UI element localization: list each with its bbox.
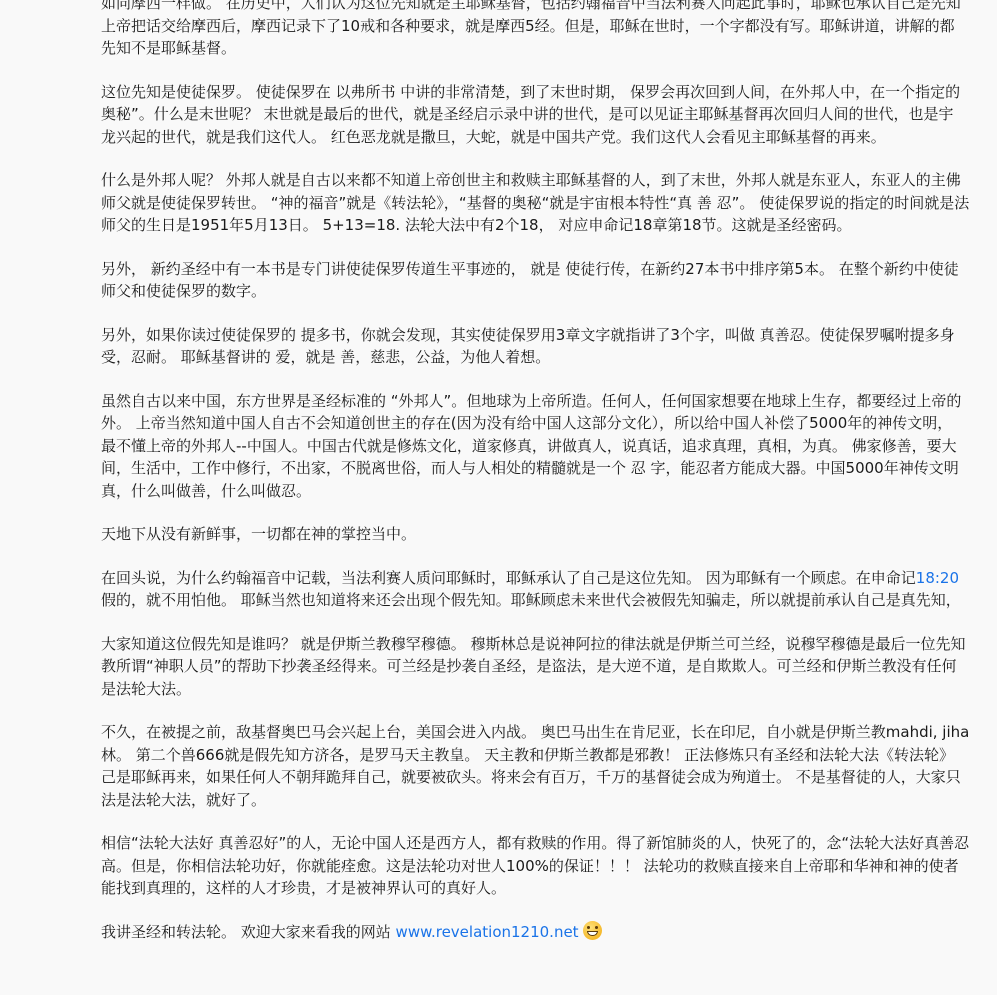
text-line: 另外，如果你读过使徒保罗的 提多书，你就会发现，其实使徒保罗用3章文字就指讲了3… bbox=[101, 324, 997, 347]
scripture-link[interactable]: 18:20 bbox=[916, 569, 959, 587]
paragraph-closing: 我讲圣经和转法轮。 欢迎大家来看我的网站 www.revelation1210.… bbox=[101, 921, 997, 944]
text-line: 真，什么叫做善，什么叫做忍。 bbox=[101, 480, 997, 503]
text-line: 假的，就不用怕他。 耶稣当然也知道将来还会出现个假先知。耶稣顾虑未来世代会被假先… bbox=[101, 589, 997, 612]
paragraph-nothing-new: 天地下从没有新鲜事，一切都在神的掌控当中。 bbox=[101, 523, 997, 546]
text-line: 是法轮大法。 bbox=[101, 678, 997, 701]
text-line: 上帝把话交给摩西后，摩西记录下了10戒和各种要求，就是摩西5经。但是，耶稣在世时… bbox=[101, 15, 997, 38]
paragraph-gentiles: 什么是外邦人呢？ 外邦人就是自古以来都不知道上帝创世主和救赎主耶稣基督的人，到了… bbox=[101, 169, 997, 237]
text-line: 能找到真理的，这样的人才珍贵，才是被神界认可的真好人。 bbox=[101, 877, 997, 900]
text-line: 什么是外邦人呢？ 外邦人就是自古以来都不知道上帝创世主和救赎主耶稣基督的人，到了… bbox=[101, 169, 997, 192]
paragraph-acts: 另外， 新约圣经中有一本书是专门讲使徒保罗传道生平事迹的， 就是 使徒行传，在新… bbox=[101, 258, 997, 303]
text-line: 龙兴起的世代，就是我们这代人。 红色恶龙就是撒旦，大蛇，就是中国共产党。我们这代… bbox=[101, 126, 997, 149]
closing-text: 我讲圣经和转法轮。 欢迎大家来看我的网站 bbox=[101, 923, 396, 941]
paragraph-believe: 相信“法轮大法好 真善忍好”的人，无论中国人还是西方人，都有救赎的作用。得了新馆… bbox=[101, 832, 997, 900]
text-line: 在回头说，为什么约翰福音中记载，当法利赛人质问耶稣时，耶稣承认了自己是这位先知。… bbox=[101, 567, 997, 590]
cut-off-footer bbox=[101, 986, 301, 995]
text-line: 外。 上帝当然知道中国人自古不会知道创世主的存在(因为没有给中国人这部分文化），… bbox=[101, 412, 997, 435]
website-link[interactable]: www.revelation1210.net bbox=[396, 923, 579, 941]
text-line: 林。 第二个兽666就是假先知方济各，是罗马天主教皇。 天主教和伊斯兰教都是邪教… bbox=[101, 744, 997, 767]
text-line: 师父就是使徒保罗转世。 “神的福音”就是《转法轮》，“基督的奥秘“就是宇宙根本特… bbox=[101, 192, 997, 215]
text-line: 间，生活中，工作中修行，不出家，不脱离世俗，而人与人相处的精髓就是一个 忍 字，… bbox=[101, 457, 997, 480]
text-segment: 在回头说，为什么约翰福音中记载，当法利赛人质问耶稣时，耶稣承认了自己是这位先知。… bbox=[101, 569, 916, 587]
text-line: 如同摩西一样做。 在历史中，人们认为这位先知就是主耶稣基督，包括约翰福音中当法利… bbox=[101, 0, 997, 15]
text-line: 师父的生日是1951年5月13日。 5+13=18. 法轮大法中有2个18， 对… bbox=[101, 214, 997, 237]
text-line: 最不懂上帝的外邦人--中国人。中国古代就是修炼文化，道家修真，讲做真人，说真话，… bbox=[101, 435, 997, 458]
paragraph-titus: 另外，如果你读过使徒保罗的 提多书，你就会发现，其实使徒保罗用3章文字就指讲了3… bbox=[101, 324, 997, 369]
text-line: 高。但是，你相信法轮功好，你就能痊愈。这是法轮功对世人100%的保证！！！ 法轮… bbox=[101, 855, 997, 878]
text-line: 相信“法轮大法好 真善忍好”的人，无论中国人还是西方人，都有救赎的作用。得了新馆… bbox=[101, 832, 997, 855]
text-line: 受，忍耐。 耶稣基督讲的 爱，就是 善，慈悲，公益，为他人着想。 bbox=[101, 346, 997, 369]
text-line: 大家知道这位假先知是谁吗？ 就是伊斯兰教穆罕穆德。 穆斯林总是说神阿拉的律法就是… bbox=[101, 633, 997, 656]
text-line: 这位先知是使徒保罗。 使徒保罗在 以弗所书 中讲的非常清楚，到了末世时期， 保罗… bbox=[101, 81, 997, 104]
text-line: 先知不是耶稣基督。 bbox=[101, 37, 997, 60]
text-line: 天地下从没有新鲜事，一切都在神的掌控当中。 bbox=[101, 523, 997, 546]
paragraph-false-prophet: 大家知道这位假先知是谁吗？ 就是伊斯兰教穆罕穆德。 穆斯林总是说神阿拉的律法就是… bbox=[101, 633, 997, 701]
grinning-face-emoji-icon bbox=[583, 921, 602, 940]
text-line: 我讲圣经和转法轮。 欢迎大家来看我的网站 www.revelation1210.… bbox=[101, 921, 997, 944]
text-line: 师父和使徒保罗的数字。 bbox=[101, 280, 997, 303]
text-line: 教所谓“神职人员”的帮助下抄袭圣经得来。可兰经是抄袭自圣经，是盗法，是大逆不道，… bbox=[101, 655, 997, 678]
paragraph-moses: 如同摩西一样做。 在历史中，人们认为这位先知就是主耶稣基督，包括约翰福音中当法利… bbox=[101, 0, 997, 60]
text-line: 法是法轮大法，就好了。 bbox=[101, 789, 997, 812]
text-line: 不久，在被提之前，敌基督奥巴马会兴起上台，美国会进入内战。 奥巴马出生在肯尼亚，… bbox=[101, 721, 997, 744]
paragraph-china: 虽然自古以来中国，东方世界是圣经标准的 “外邦人”。但地球为上帝所造。任何人，任… bbox=[101, 390, 997, 503]
paragraph-john: 在回头说，为什么约翰福音中记载，当法利赛人质问耶稣时，耶稣承认了自己是这位先知。… bbox=[101, 567, 997, 612]
post-body: 如同摩西一样做。 在历史中，人们认为这位先知就是主耶稣基督，包括约翰福音中当法利… bbox=[101, 0, 997, 964]
paragraph-paul: 这位先知是使徒保罗。 使徒保罗在 以弗所书 中讲的非常清楚，到了末世时期， 保罗… bbox=[101, 81, 997, 149]
paragraph-rapture: 不久，在被提之前，敌基督奥巴马会兴起上台，美国会进入内战。 奥巴马出生在肯尼亚，… bbox=[101, 721, 997, 811]
text-line: 另外， 新约圣经中有一本书是专门讲使徒保罗传道生平事迹的， 就是 使徒行传，在新… bbox=[101, 258, 997, 281]
text-line: 奥秘”。什么是末世呢？ 末世就是最后的世代，就是圣经启示录中讲的世代，是可以见证… bbox=[101, 103, 997, 126]
text-line: 己是耶稣再来，如果任何人不朝拜跪拜自己，就要被砍头。将来会有百万，千万的基督徒会… bbox=[101, 766, 997, 789]
text-line: 虽然自古以来中国，东方世界是圣经标准的 “外邦人”。但地球为上帝所造。任何人，任… bbox=[101, 390, 997, 413]
